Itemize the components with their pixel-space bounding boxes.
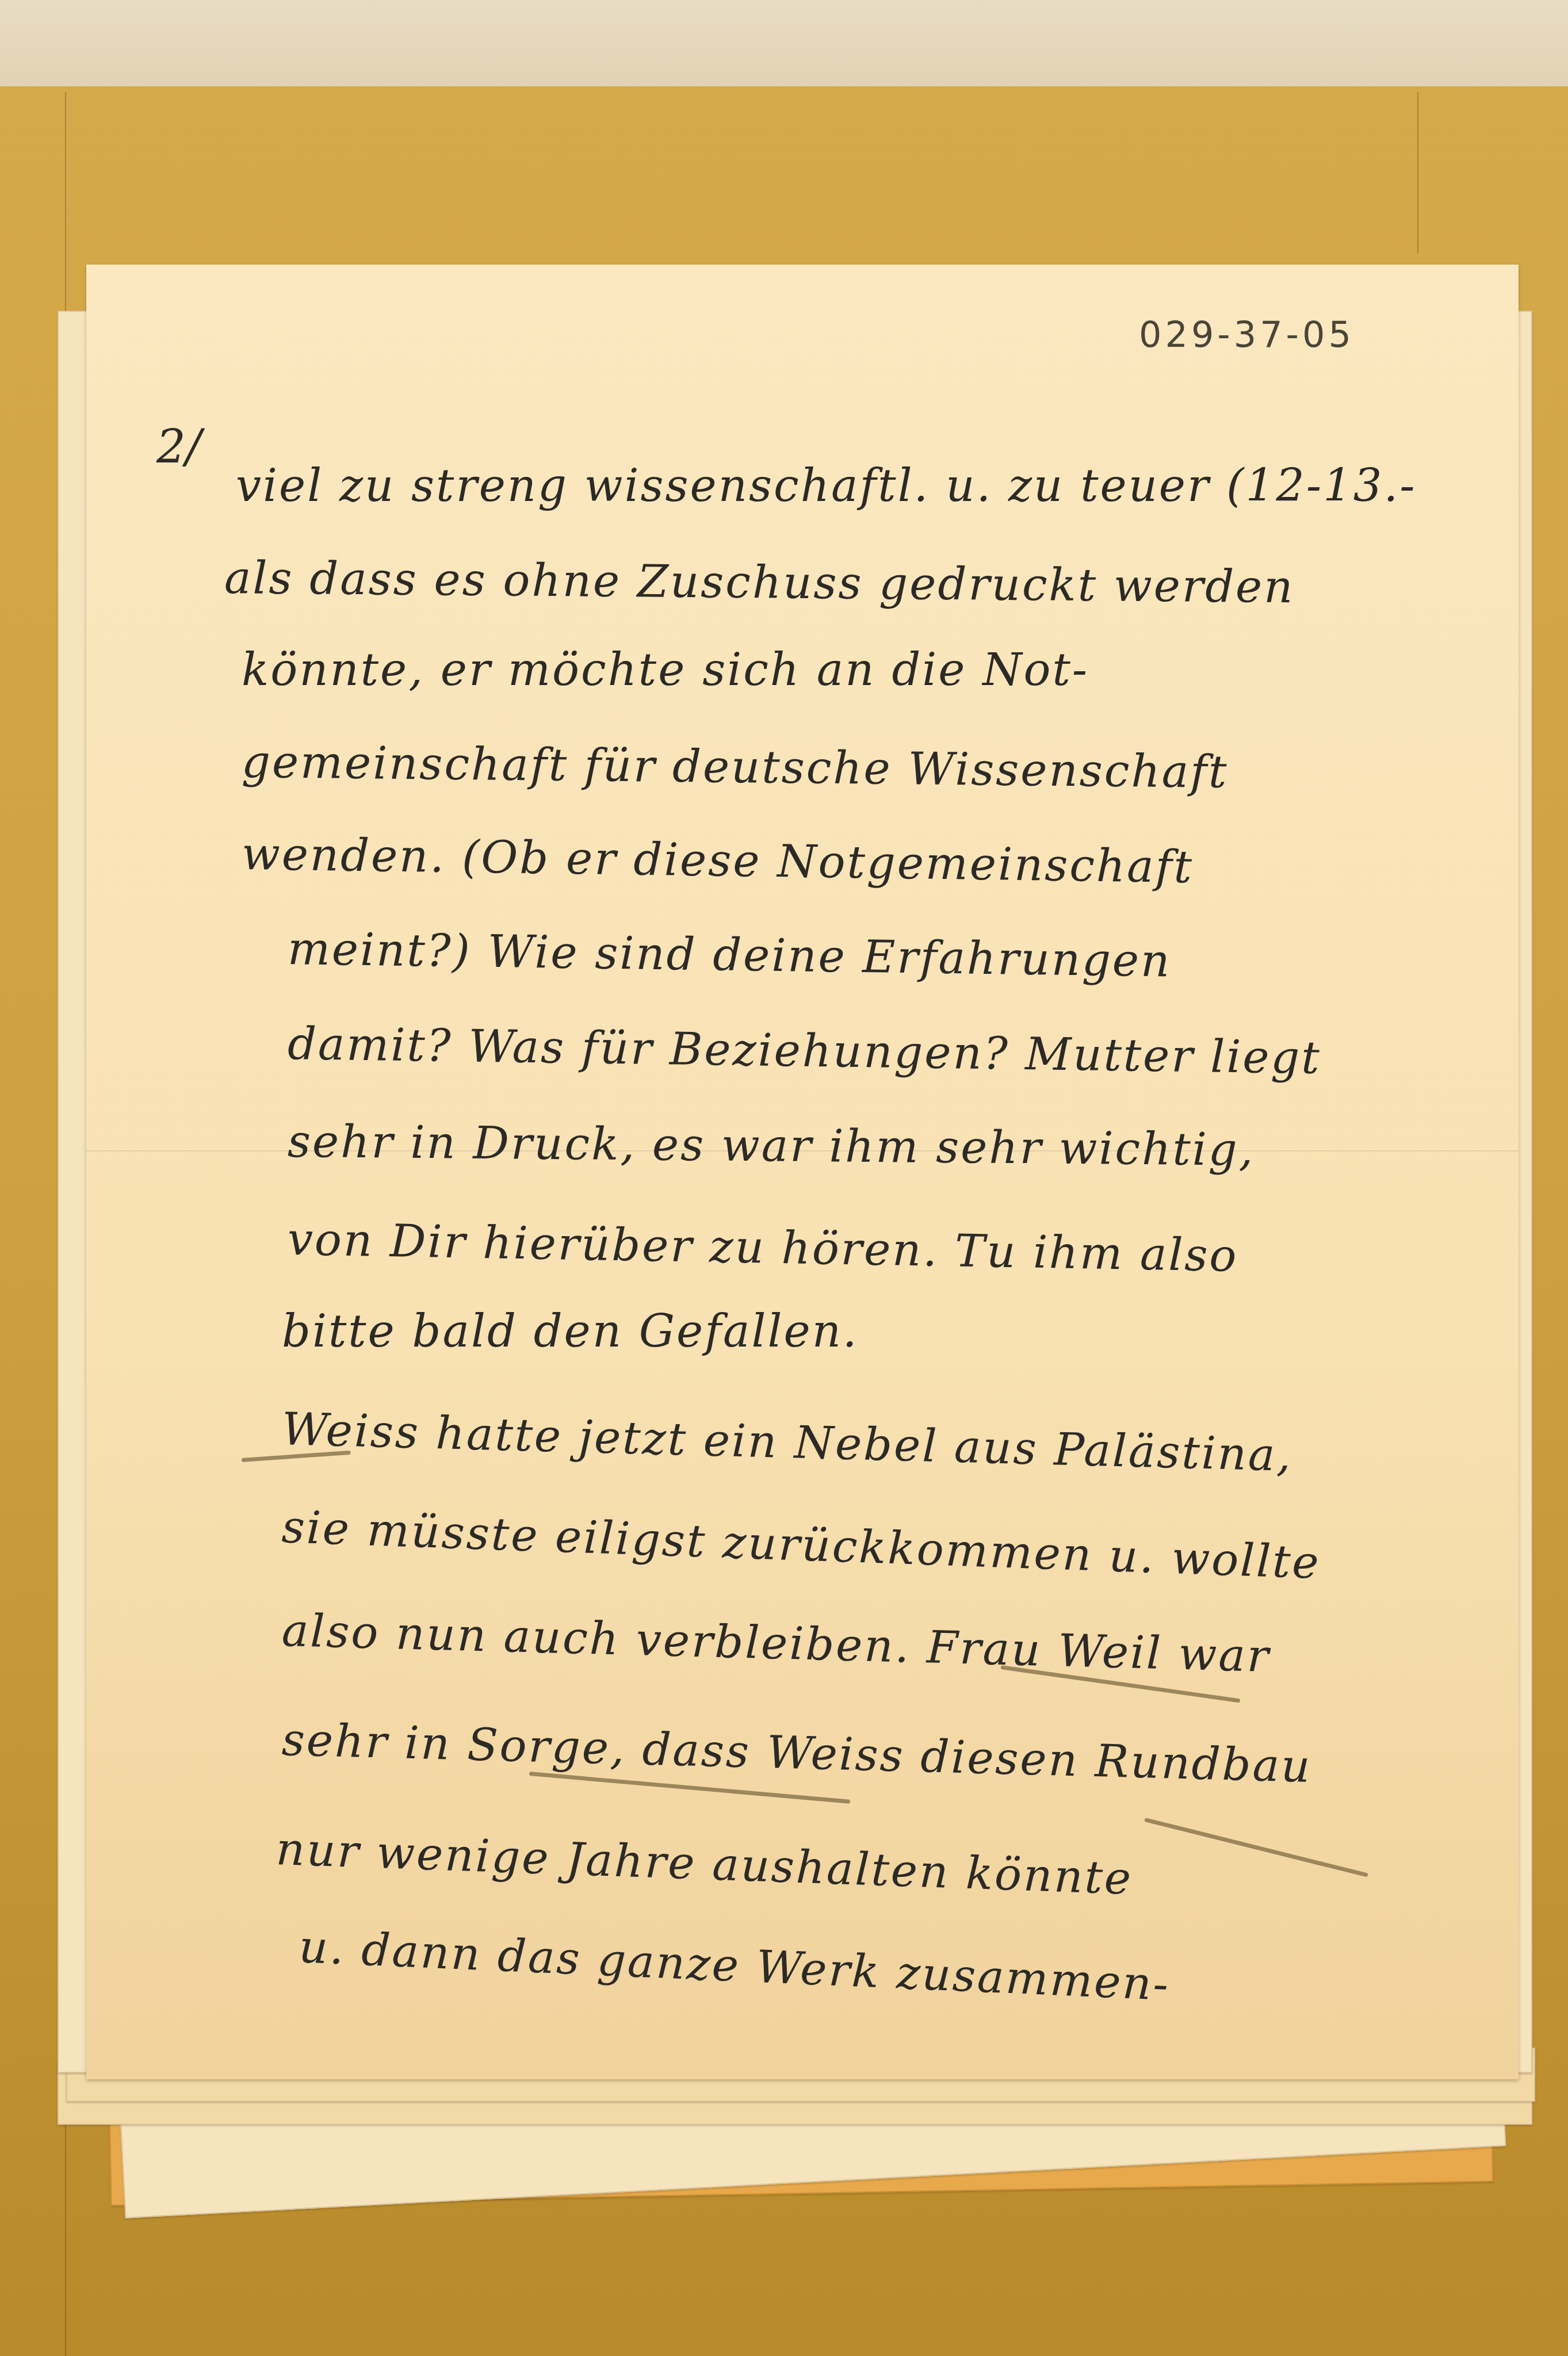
handwritten-line: u. dann das ganze Werk zusammen- xyxy=(298,1921,1171,2011)
handwritten-line: sehr in Sorge, dass Weiss diesen Rundbau xyxy=(281,1714,1313,1793)
pencil-underline xyxy=(1144,1818,1368,1877)
handwritten-line: viel zu streng wissenschaftl. u. zu teue… xyxy=(236,460,1417,512)
handwritten-line: bitte bald den Gefallen. xyxy=(282,1306,859,1357)
handwritten-line: meint?) Wie sind deine Erfahrungen xyxy=(287,923,1172,987)
letter-page: 029-37-05 2/ viel zu streng wissenschaft… xyxy=(86,265,1519,2079)
handwritten-line: also nun auch verbleiben. Frau Weil war xyxy=(281,1605,1271,1682)
handwritten-line: wenden. (Ob er diese Notgemeinschaft xyxy=(241,828,1194,893)
handwritten-line: nur wenige Jahre aushalten könnte xyxy=(275,1823,1133,1905)
handwritten-line: könnte, er möchte sich an die Not- xyxy=(242,644,1089,696)
handwritten-line: sehr in Druck, es war ihm sehr wichtig, xyxy=(288,1116,1255,1176)
folder-flap-edge-right xyxy=(1417,92,1418,253)
archive-number: 029-37-05 xyxy=(1139,313,1355,355)
handwritten-line: von Dir hierüber zu hören. Tu ihm also xyxy=(287,1214,1238,1282)
wall-background xyxy=(0,0,1568,92)
handwritten-line: gemeinschaft für deutsche Wissenschaft xyxy=(242,736,1229,798)
handwritten-line: als dass es ohne Zuschuss gedruckt werde… xyxy=(224,552,1295,613)
handwritten-line: damit? Was für Beziehungen? Mutter liegt xyxy=(287,1018,1321,1084)
handwritten-line: sie müsste eiligst zurückkommen u. wollt… xyxy=(281,1501,1321,1589)
handwritten-line: Weiss hatte jetzt ein Nebel aus Palästin… xyxy=(281,1403,1294,1482)
page-marker: 2/ xyxy=(156,420,201,473)
